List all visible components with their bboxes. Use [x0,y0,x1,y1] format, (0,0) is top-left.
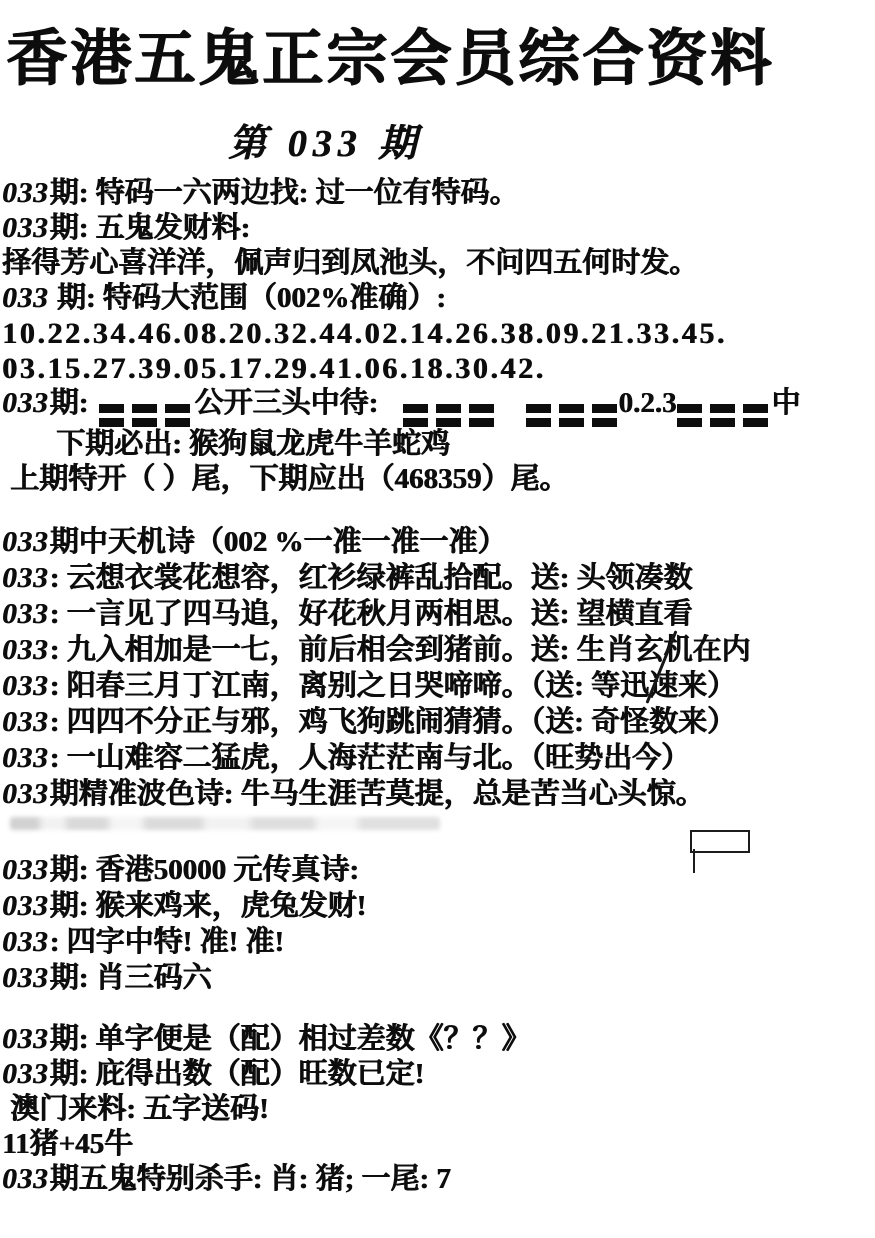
issue-prefix: 033 [2,177,49,209]
fax-header: 033期: 香港50000 元传真诗: [2,852,873,888]
poem-header: 033期中天机诗（002 %一准一准一准） [2,524,873,560]
line-tail-numbers: 上期特开（ ）尾，下期应出（468359）尾。 [2,462,873,497]
poem-line: 033: 云想衣裳花想容，红衫绿裤乱拾配。送: 头领凑数 [2,560,873,596]
line-wugui-facai: 033期: 五鬼发财料: [2,211,873,246]
double-bar-icon-group [677,404,768,427]
line-verse: 择得芳心喜洋洋，佩声归到凤池头，不问四五何时发。 [2,246,873,281]
annotation-tick-mark [693,849,695,873]
section-fax-poem: 033期: 香港50000 元传真诗: 033期: 猴来鸡来，虎兔发财! 033… [2,852,873,996]
line-text: 期精准波色诗: 牛马生涯苦莫提，总是苦当心头惊。 [50,778,705,810]
issue-prefix: 033 [2,778,49,810]
poem-line: 033: 一言见了四马追，好花秋月两相思。送: 望横直看 [2,596,873,632]
double-bar-icon [710,404,735,427]
hint-line: 033期: 庇得出数（配）旺数已定! [2,1057,873,1092]
issue-prefix: 033 [2,1058,49,1090]
line-text: 期: 肖三码六 [50,962,212,994]
issue-prefix: 033 [2,670,49,702]
line-text: : 九入相加是一七，前后相会到猪前。送: 生肖玄机在内 [50,634,751,666]
line-text: : 一言见了四马追，好花秋月两相思。送: 望横直看 [50,598,693,630]
erased-text-smudge [10,817,440,830]
double-bar-icon [99,404,124,427]
macau-line: 澳门来料: 五字送码! [2,1092,873,1127]
line-text: 期: 猴来鸡来，虎兔发财! [50,890,367,922]
line-text: 下期必出: 猴狗鼠龙虎牛羊蛇鸡 [56,428,450,460]
issue-prefix: 033 [2,1023,49,1055]
issue-prefix: 033 [2,706,49,738]
double-bar-icon [592,404,617,427]
issue-prefix: 033 [2,742,49,774]
poem-line: 033: 四四不分正与邪，鸡飞狗跳闹猜猜。（送: 奇怪数来） [2,704,873,740]
fax-line: 033: 四字中特! 准! 准! [2,924,873,960]
line-text: 期: 庇得出数（配）旺数已定! [50,1058,425,1090]
issue-prefix: 033 [2,854,49,886]
double-bar-icon [132,404,157,427]
poem-line: 033: 阳春三月丁江南，离别之日哭啼啼。（送: 等迅速来） [2,668,873,704]
line-next-zodiac: 下期必出: 猴狗鼠龙虎牛羊蛇鸡 [2,427,873,462]
line-three-heads: 033期: 公开三头中待: 0.2.3中 [2,386,873,427]
line-text: 期: 特码大范围（002%准确）: [50,282,446,314]
double-bar-icon [403,404,428,427]
double-bar-icon [436,404,461,427]
issue-prefix: 033 [2,1163,49,1195]
hint-line: 033期: 单字便是（配）相过差数《？？》 [2,1022,873,1057]
section-bottom-hints: 033期: 单字便是（配）相过差数《？？》 033期: 庇得出数（配）旺数已定!… [2,1022,873,1197]
issue-number: 第 033 期 [228,112,422,167]
line-text: : 云想衣裳花想容，红衫绿裤乱拾配。送: 头领凑数 [50,562,693,594]
line-text: 期中天机诗（002 %一准一准一准） [50,526,507,558]
issue-prefix: 033 [2,212,49,244]
double-bar-icon [677,404,702,427]
line-text: 择得芳心喜洋洋，佩声归到凤池头，不问四五何时发。 [2,247,698,279]
section-special-code: 033期: 特码一六两边找: 过一位有特码。 033期: 五鬼发财料: 择得芳心… [2,176,873,497]
fax-line: 033期: 肖三码六 [2,960,873,996]
line-text: 期: 香港50000 元传真诗: [50,854,359,886]
line-text: 期五鬼特别杀手: 肖: 猪; 一尾: 7 [50,1163,451,1195]
line-text: 澳门来料: 五字送码! [10,1093,269,1125]
issue-prefix: 033 [2,562,49,594]
issue-prefix: 033 [2,387,49,419]
double-bar-icon [526,404,551,427]
double-bar-icon-group [403,404,494,427]
double-bar-icon [743,404,768,427]
issue-prefix: 033 [2,598,49,630]
line-tema-hint: 033期: 特码一六两边找: 过一位有特码。 [2,176,873,211]
line-text: : 四四不分正与邪，鸡飞狗跳闹猜猜。（送: 奇怪数来） [50,706,736,738]
number-list-row-1: 10.22.34.46.08.20.32.44.02.14.26.38.09.2… [2,316,873,351]
poem-line: 033: 一山难容二猛虎，人海茫茫南与北。（旺势出今） [2,740,873,776]
double-bar-icon-group [99,404,190,427]
heads-value: 0.2.3 [618,387,676,419]
line-range-header: 033 期: 特码大范围（002%准确）: [2,281,873,316]
poem-line: 033: 九入相加是一七，前后相会到猪前。送: 生肖玄机在内 [2,632,873,668]
line-text: : 阳春三月丁江南，离别之日哭啼啼。（送: 等迅速来） [50,670,736,702]
page-title: 香港五鬼正宗会员综合资料 [6,24,866,96]
issue-prefix: 033 [2,926,49,958]
killer-line: 033期五鬼特别杀手: 肖: 猪; 一尾: 7 [2,1162,873,1197]
line-text: : 一山难容二猛虎，人海茫茫南与北。（旺势出今） [50,742,690,774]
issue-prefix: 033 [2,962,49,994]
line-text: 期: [50,387,96,419]
line-text: 公开三头中待: [194,387,385,419]
issue-prefix: 033 [2,282,49,314]
line-text: 期: 五鬼发财料: [50,212,251,244]
line-text: 期: 单字便是（配）相过差数《？？》 [50,1023,531,1055]
section-tianji-poems: 033期中天机诗（002 %一准一准一准） 033: 云想衣裳花想容，红衫绿裤乱… [2,524,873,812]
bose-poem-line: 033期精准波色诗: 牛马生涯苦莫提，总是苦当心头惊。 [2,776,873,812]
issue-prefix: 033 [2,526,49,558]
annotation-box [690,830,750,853]
zodiac-pair-line: 11猪+45牛 [2,1127,873,1162]
issue-prefix: 033 [2,634,49,666]
double-bar-icon [469,404,494,427]
issue-prefix: 033 [2,890,49,922]
fax-line: 033期: 猴来鸡来，虎兔发财! [2,888,873,924]
line-text: 11猪+45牛 [2,1128,133,1160]
number-list-row-2: 03.15.27.39.05.17.29.41.06.18.30.42. [2,351,873,386]
line-text: 期: 特码一六两边找: 过一位有特码。 [50,177,519,209]
line-text: 中 [771,387,800,419]
line-text: 上期特开（ ）尾，下期应出（468359）尾。 [10,463,568,495]
line-text: : 四字中特! 准! 准! [50,926,284,958]
double-bar-icon-group [526,404,617,427]
double-bar-icon [165,404,190,427]
lottery-info-sheet: 香港五鬼正宗会员综合资料 第 033 期 033期: 特码一六两边找: 过一位有… [0,0,875,1238]
double-bar-icon [559,404,584,427]
